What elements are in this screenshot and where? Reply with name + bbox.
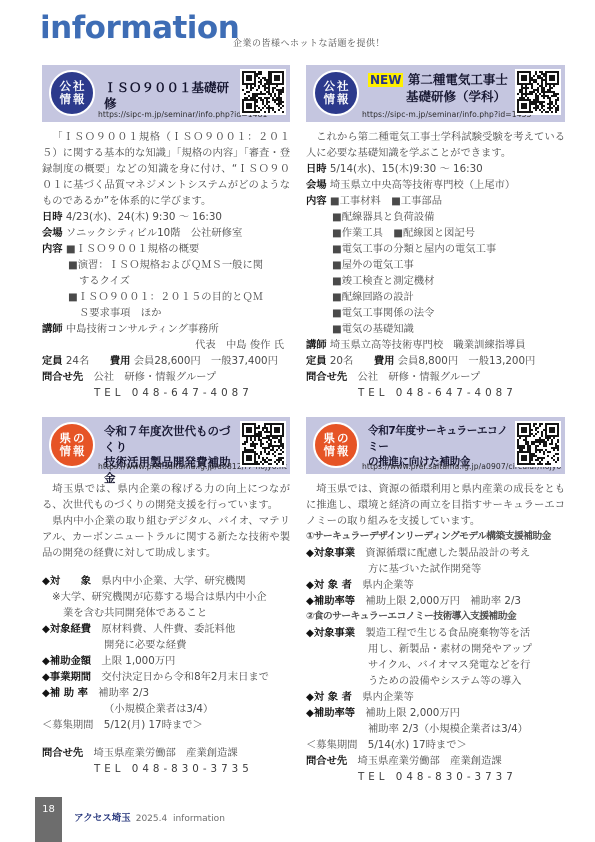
body-line: 問合せ先 埼玉県産業労働部 産業創造課 — [42, 745, 290, 761]
body-line: ■屋外の電気工事 — [332, 257, 565, 273]
box-body: 埼玉県では、県内企業の稼げる力の向上につながる、次世代ものづくりの開発支援を行っ… — [42, 474, 290, 777]
info-box-iso9001: 公社 情報 ＩＳＯ９００１基礎研修 https://sipc-m.jp/semi… — [42, 65, 290, 401]
footer-issue: 2025.4 — [136, 814, 168, 824]
body-line: ◆補助率等 補助上限 2,000万円 補助率 2/3 — [306, 593, 565, 609]
body-line: ◆対 象 者 県内企業等 — [306, 689, 565, 705]
info-box-denki-koujishi: 公社 情報 NEW 第二種電気工事士基礎研修（学科） https://sipc-… — [306, 65, 565, 401]
body-line: ※大学、研究機関が応募する場合は県内中小企 — [52, 589, 290, 605]
ken-joho-badge: 県の 情報 — [313, 422, 359, 468]
box-body: これから第二種電気工事士学科試験受験を考えている人に必要な基礎知識を学ぶことがで… — [306, 122, 565, 401]
body-line: ◆対 象 県内中小企業、大学、研究機関 — [42, 573, 290, 589]
body-line: 業を含む共同開発体であること — [63, 605, 290, 621]
body-line: 開発に必要な経費 — [104, 637, 290, 653]
new-badge: NEW — [368, 73, 403, 87]
body-line: 用し、新製品・素材の開発やアップ — [368, 641, 565, 657]
body-line: 埼玉県では、資源の循環利用と県内産業の成長をともに推進し、環境と経済の両立を目指… — [306, 481, 565, 529]
info-box-monodukuri-hojokin: 県の 情報 令和７年度次世代ものづくり技術活用製品開発費補助金 https://… — [42, 417, 290, 777]
kosha-joho-badge: 公社 情報 — [313, 70, 359, 116]
info-box-circular-economy: 県の 情報 令和7年度サーキュラーエコノミーの推進に向けた補助金 https:/… — [306, 417, 565, 785]
footer-section: information — [173, 814, 225, 824]
body-line: 講師 埼玉県立高等技術専門校 職業訓練指導員 — [306, 337, 565, 353]
body-line: するクイズ — [79, 273, 290, 289]
body-line: Ｓ要求事項 ほか — [79, 305, 290, 321]
badge-label-line2: 情報 — [322, 93, 351, 106]
body-line: ■作業工具 ■配線図と図記号 — [332, 225, 565, 241]
body-line: ②食のサーキュラーエコノミー技術導入支援補助金 — [306, 609, 565, 625]
body-line: ■竣工検査と測定機材 — [332, 273, 565, 289]
box-title: ＩＳＯ９００１基礎研修 — [104, 80, 238, 111]
footer-magazine-title: アクセス埼玉 — [74, 813, 131, 824]
body-line: ■電気工事関係の法令 — [332, 305, 565, 321]
box-header-band: 県の 情報 令和7年度サーキュラーエコノミーの推進に向けた補助金 https:/… — [306, 417, 565, 474]
box-body: 「ＩＳＯ９００１規格（ＩＳＯ９００１：２０１５）に関する基本的な知識」「規格の内… — [42, 122, 290, 401]
body-line: これから第二種電気工事士学科試験受験を考えている人に必要な基礎知識を学ぶことがで… — [306, 129, 565, 161]
box-header-band: 県の 情報 令和７年度次世代ものづくり技術活用製品開発費補助金 https://… — [42, 417, 290, 474]
body-line: ■ＩＳＯ９００１：２０１５の目的とＱＭ — [68, 289, 290, 305]
body-line: ◆対象事業 製造工程で生じる食品廃棄物等を活 — [306, 625, 565, 641]
body-line: 日時 5/14(水)、15(木)9:30 ～ 16:30 — [306, 161, 565, 177]
body-line: 講師 中島技術コンサルティング事務所 — [42, 321, 290, 337]
qr-code-icon — [515, 69, 561, 115]
body-line: ■電気工事の分類と屋内の電気工事 — [332, 241, 565, 257]
body-line: 会場 ソニックシティビル10階 公社研修室 — [42, 225, 290, 241]
body-line: ■演習：ＩＳＯ規格およびＱＭＳ一般に関 — [68, 257, 290, 273]
badge-label-line2: 情報 — [58, 445, 87, 458]
body-line: 県内中小企業の取り組むデジタル、バイオ、マテリアル、カーボンニュートラルに関する… — [42, 513, 290, 561]
body-line: 内容 ■工事材料 ■工事部品 — [306, 193, 565, 209]
badge-label-line2: 情報 — [58, 93, 87, 106]
box-title-line: 令和7年度サーキュラーエコノミー — [368, 424, 513, 455]
body-line: 「ＩＳＯ９００１規格（ＩＳＯ９００１：２０１５）に関する基本的な知識」「規格の内… — [42, 129, 290, 209]
box-title: NEW 第二種電気工事士基礎研修（学科） — [368, 72, 513, 104]
body-line: ■配線回路の設計 — [332, 289, 565, 305]
body-line: 内容 ■ＩＳＯ９００１規格の概要 — [42, 241, 290, 257]
body-line: 定員 24名 費用 会員28,600円 一般37,400円 — [42, 353, 290, 369]
body-line: ◆補助率等 補助上限 2,000万円 — [306, 705, 565, 721]
body-line: 日時 4/23(水)、24(木) 9:30 ～ 16:30 — [42, 209, 290, 225]
body-line: ①サーキュラーデザインリーディングモデル構築支援補助金 — [306, 529, 565, 545]
body-line: 問合せ先 公社 研修・情報グループ — [306, 369, 565, 385]
body-line: ◆事業期間 交付決定日から令和8年2月末日まで — [42, 669, 290, 685]
box-title-line: 基礎研修（学科） — [406, 89, 513, 105]
newsletter-page: information 企業の皆様へホットな話題を提供！ 公社 情報 ＩＳＯ９０… — [0, 0, 595, 842]
box-title-line: NEW 第二種電気工事士 — [368, 72, 513, 89]
box-body: 埼玉県では、資源の循環利用と県内産業の成長をともに推進し、環境と経済の両立を目指… — [306, 474, 565, 785]
qr-code-icon — [240, 69, 286, 115]
body-line: ■電気の基礎知識 — [332, 321, 565, 337]
body-line: 方に基づいた試作開発等 — [368, 561, 565, 577]
body-line: ◆補 助 率 補助率 2/3 — [42, 685, 290, 701]
body-line: TEL 048-830-3735 — [94, 761, 290, 777]
body-line: ◆補助金額 上限 1,000万円 — [42, 653, 290, 669]
body-line: TEL 048-647-4087 — [358, 385, 565, 401]
page-tagline: 企業の皆様へホットな話題を提供！ — [233, 36, 385, 49]
body-line: 補助率 2/3（小規模企業者は3/4） — [368, 721, 565, 737]
body-line: 問合せ先 埼玉県産業労働部 産業創造課 — [306, 753, 565, 769]
body-line: TEL 048-830-3737 — [358, 769, 565, 785]
kosha-joho-badge: 公社 情報 — [49, 70, 95, 116]
body-line: うための設備やシステム等の導入 — [368, 673, 565, 689]
footer-page-number: 18 — [35, 797, 62, 842]
body-line: ◆対 象 者 県内企業等 — [306, 577, 565, 593]
ken-joho-badge: 県の 情報 — [49, 422, 95, 468]
body-line: 代表 中島 俊作 氏 — [42, 337, 290, 353]
box-title: 令和７年度次世代ものづくり技術活用製品開発費補助金 — [104, 424, 238, 486]
body-line: 問合せ先 公社 研修・情報グループ — [42, 369, 290, 385]
body-line: （小規模企業者は3/4） — [104, 701, 290, 717]
box-header-band: 公社 情報 NEW 第二種電気工事士基礎研修（学科） https://sipc-… — [306, 65, 565, 122]
body-line: ＜募集期間 5/14(水) 17時まで＞ — [306, 737, 565, 753]
body-line: ◆対象経費 原材料費、人件費、委託料他 — [42, 621, 290, 637]
box-header-band: 公社 情報 ＩＳＯ９００１基礎研修 https://sipc-m.jp/semi… — [42, 65, 290, 122]
body-line: 会場 埼玉県立中央高等技術専門校（上尾市） — [306, 177, 565, 193]
body-line: ■配線器具と負荷設備 — [332, 209, 565, 225]
body-line: サイクル、バイオマス発電などを行 — [368, 657, 565, 673]
body-line: TEL 048-647-4087 — [94, 385, 290, 401]
body-line: 定員 20名 費用 会員8,800円 一般13,200円 — [306, 353, 565, 369]
qr-code-icon — [240, 421, 286, 467]
qr-code-icon — [515, 421, 561, 467]
body-line: ◆対象事業 資源循環に配慮した製品設計の考え — [306, 545, 565, 561]
box-title-line: ＩＳＯ９００１基礎研修 — [104, 80, 238, 111]
box-title-line: 令和７年度次世代ものづくり — [104, 424, 238, 455]
body-line: ＜募集期間 5/12(月) 17時まで＞ — [42, 717, 290, 733]
footer-line: アクセス埼玉2025.4 information — [74, 810, 225, 824]
page-title: information — [40, 10, 239, 46]
badge-label-line2: 情報 — [322, 445, 351, 458]
